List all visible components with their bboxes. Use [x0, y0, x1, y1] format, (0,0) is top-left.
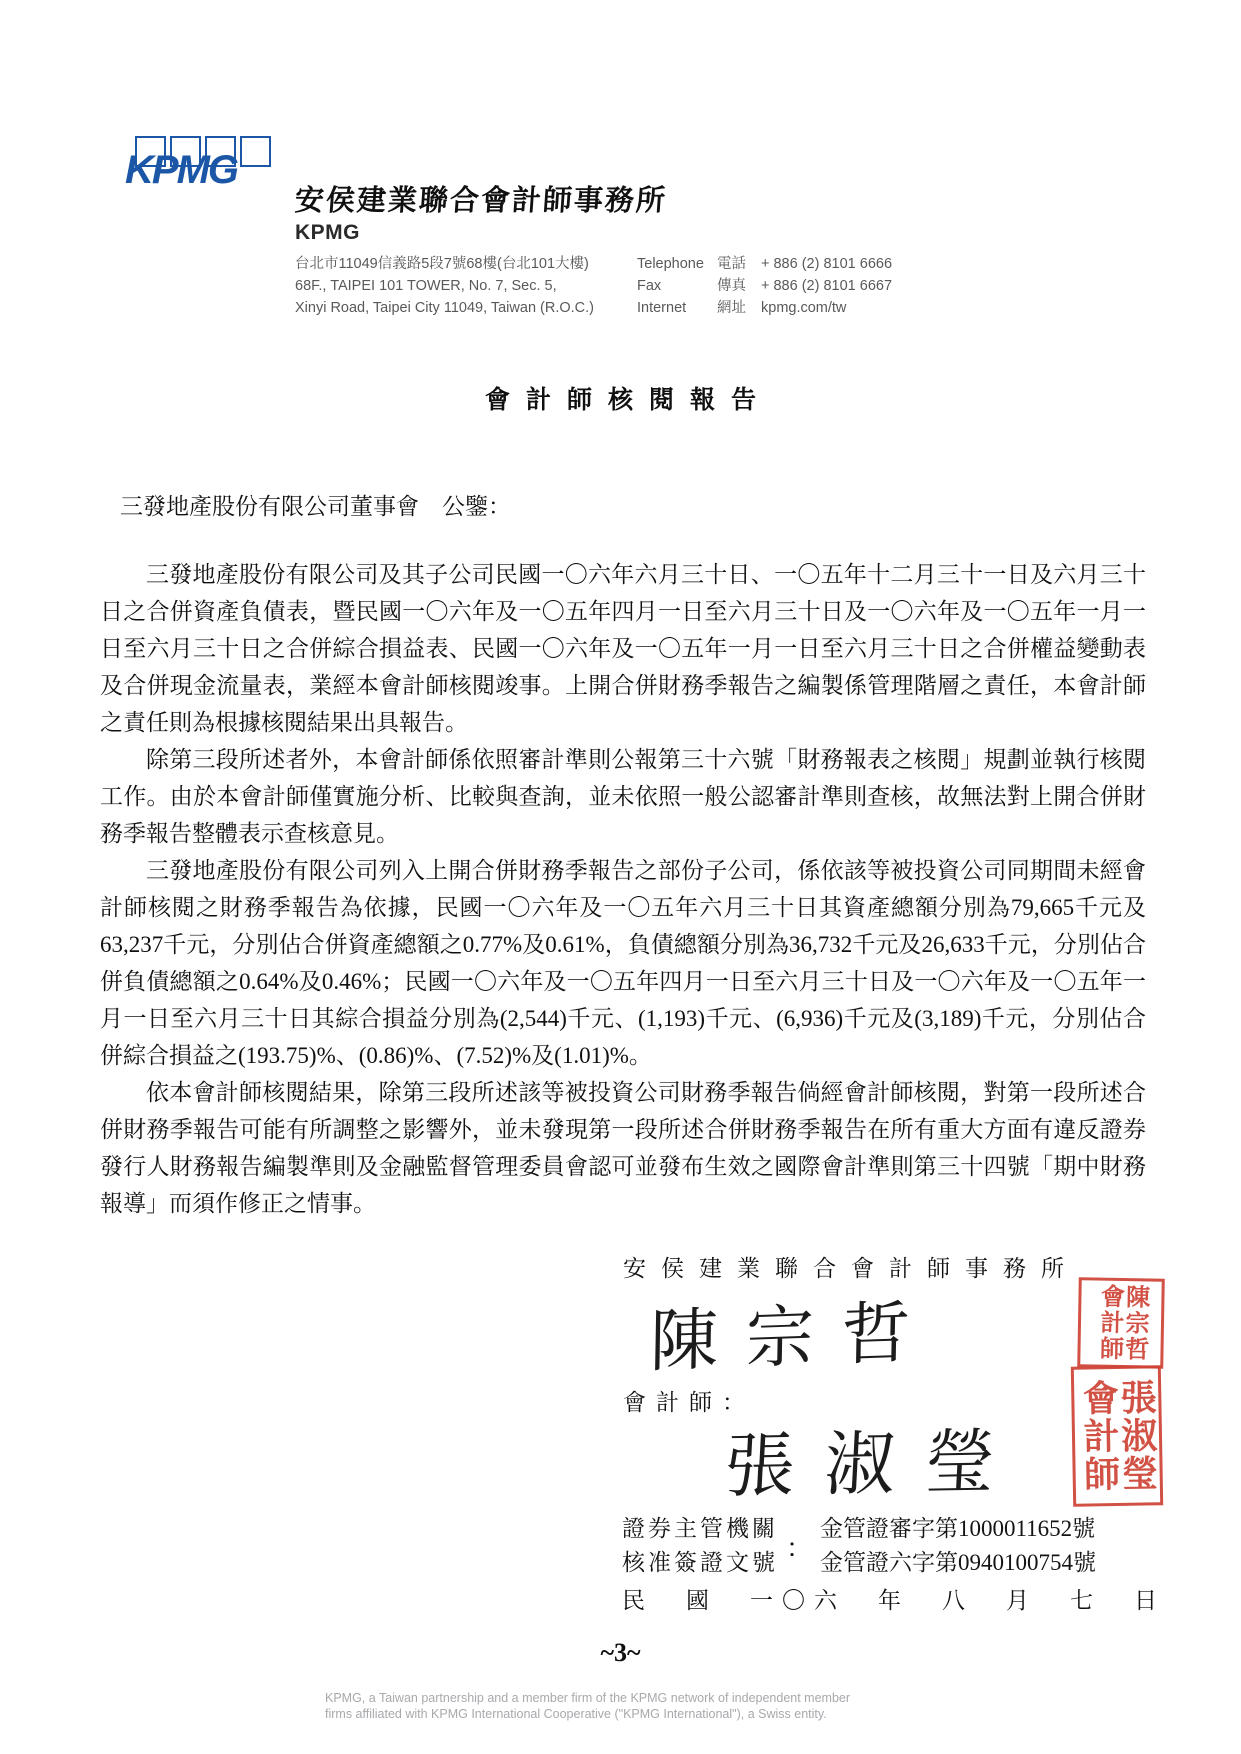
report-body: 三發地產股份有限公司及其子公司民國一〇六年六月三十日、一〇五年十二月三十一日及六… [100, 556, 1146, 1222]
letterhead: 安侯建業聯合會計師事務所 KPMG 台北市11049信義路5段7號68樓(台北1… [295, 178, 1145, 319]
fax-number: + 886 (2) 8101 6667 [761, 275, 892, 297]
paragraph-review-basis: 除第三段所述者外，本會計師係依照審計準則公報第三十六號「財務報表之核閱」規劃並執… [100, 741, 1146, 852]
page-number: ~3~ [0, 1638, 1241, 1668]
approval-number-2: 金管證六字第0940100754號 [820, 1546, 1096, 1580]
contact-fax: Fax 傳真 + 886 (2) 8101 6667 [637, 275, 892, 297]
accountant-signature-1: 陳宗哲 [649, 1278, 939, 1385]
contact-internet: Internet 網址 kpmg.com/tw [637, 297, 892, 319]
website-url: kpmg.com/tw [761, 297, 846, 319]
paragraph-conclusion: 依本會計師核閱結果，除第三段所述該等被投資公司財務季報告倘經會計師核閱，對第一段… [100, 1074, 1146, 1222]
approval-document-numbers: 證券主管機關 核准簽證文號 ： 金管證審字第1000011652號 金管證六字第… [622, 1512, 1096, 1580]
salutation-line: 三發地產股份有限公司董事會 公鑒： [120, 488, 511, 521]
paragraph-subsidiaries-figures: 三發地產股份有限公司列入上開合併財務季報告之部份子公司，係依該等被投資公司同期間… [100, 852, 1146, 1074]
approval-number-1: 金管證審字第1000011652號 [820, 1512, 1096, 1546]
approval-values: 金管證審字第1000011652號 金管證六字第0940100754號 [820, 1512, 1096, 1580]
red-seal-stamp-1: 陳宗哲會計師 [1077, 1277, 1165, 1368]
kpmg-logo: KPMG [125, 136, 285, 196]
report-date: 民 國 一〇六 年 八 月 七 日 [622, 1582, 1166, 1615]
firm-address: 台北市11049信義路5段7號68樓(台北101大樓) 68F., TAIPEI… [295, 253, 637, 319]
approval-colon: ： [786, 1528, 812, 1565]
address-en-line2: Xinyi Road, Taipei City 11049, Taiwan (R… [295, 297, 637, 319]
firm-name-calligraphy: 安侯建業聯合會計師事務所 [294, 178, 1147, 219]
signing-firm-name: 安侯建業聯合會計師事務所 [623, 1250, 1079, 1283]
contact-info: Telephone 電話 + 886 (2) 8101 6666 Fax 傳真 … [637, 253, 892, 319]
approval-labels: 證券主管機關 核准簽證文號 [622, 1512, 778, 1580]
firm-name-en: KPMG [295, 221, 1145, 245]
kpmg-legal-footer: KPMG, a Taiwan partnership and a member … [325, 1690, 850, 1722]
kpmg-logo-wordmark: KPMG [125, 148, 237, 193]
paragraph-scope: 三發地產股份有限公司及其子公司民國一〇六年六月三十日、一〇五年十二月三十一日及六… [100, 556, 1146, 741]
red-seal-stamp-2: 張淑瑩會計師 [1071, 1365, 1163, 1507]
audit-report-page: KPMG 安侯建業聯合會計師事務所 KPMG 台北市11049信義路5段7號68… [0, 0, 1241, 1754]
document-title: 會計師核閱報告 [0, 380, 1241, 416]
address-zh: 台北市11049信義路5段7號68樓(台北101大樓) [295, 253, 637, 275]
telephone-number: + 886 (2) 8101 6666 [761, 253, 892, 275]
accountant-signature-2: 張淑瑩 [722, 1405, 1027, 1511]
address-en-line1: 68F., TAIPEI 101 TOWER, No. 7, Sec. 5, [295, 275, 637, 297]
contact-telephone: Telephone 電話 + 886 (2) 8101 6666 [637, 253, 892, 275]
